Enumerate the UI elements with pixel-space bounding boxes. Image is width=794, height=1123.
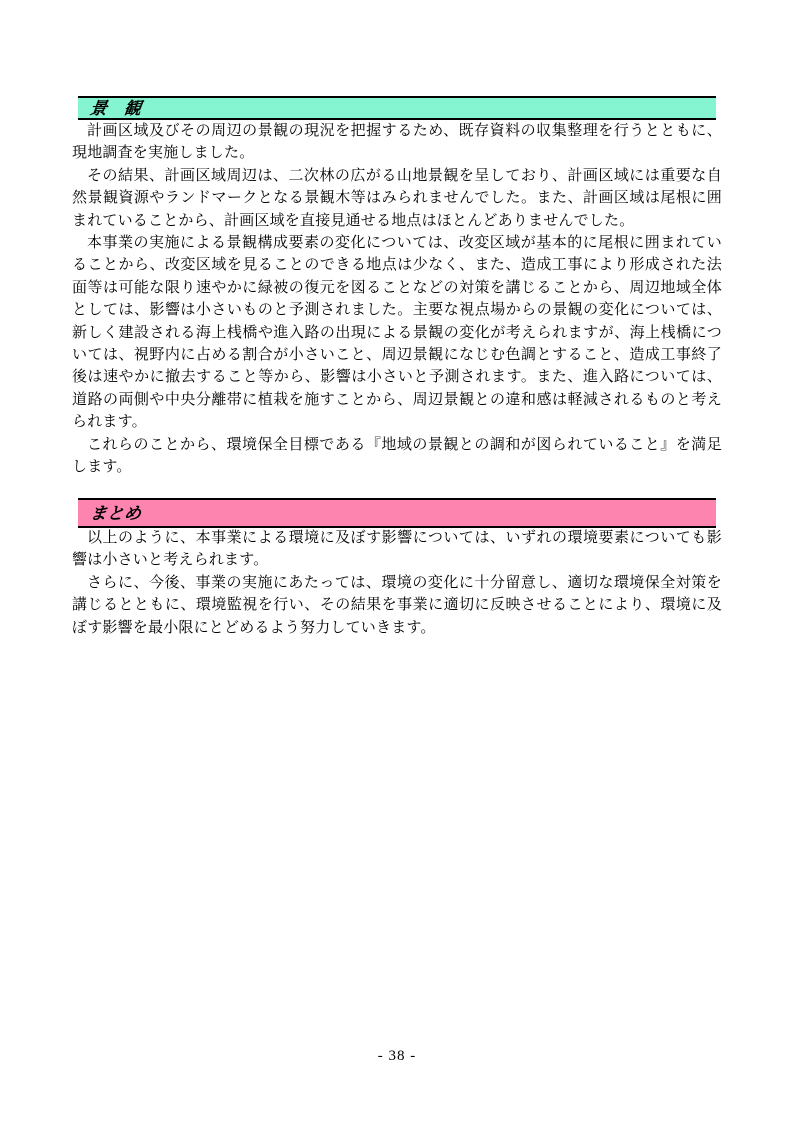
paragraph: 以上のように、本事業による環境に及ぼす影響については、いずれの環境要素についても… [72,527,722,572]
paragraph: 計画区域及びその周辺の景観の現況を把握するため、既存資料の収集整理を行うとともに… [72,120,722,165]
section-body-keikan: 計画区域及びその周辺の景観の現況を把握するため、既存資料の収集整理を行うとともに… [72,120,722,479]
paragraph: 本事業の実施による景観構成要素の変化については、改変区域が基本的に尾根に囲まれて… [72,232,722,434]
section-body-matome: 以上のように、本事業による環境に及ぼす影響については、いずれの環境要素についても… [72,527,722,639]
section-title-keikan: 景 観 [89,100,142,117]
paragraph: これらのことから、環境保全目標である『地域の景観との調和が図られていること』を満… [72,434,722,479]
section-bar-matome: まとめ [78,498,716,528]
section-title-matome: まとめ [89,505,142,522]
paragraph: さらに、今後、事業の実施にあたっては、環境の変化に十分留意し、適切な環境保全対策… [72,572,722,639]
paragraph: その結果、計画区域周辺は、二次林の広がる山地景観を呈しており、計画区域には重要な… [72,165,722,232]
section-bar-keikan: 景 観 [78,96,716,120]
page-number: - 38 - [0,1048,794,1065]
document-page: 景 観 計画区域及びその周辺の景観の現況を把握するため、既存資料の収集整理を行う… [0,0,794,1123]
